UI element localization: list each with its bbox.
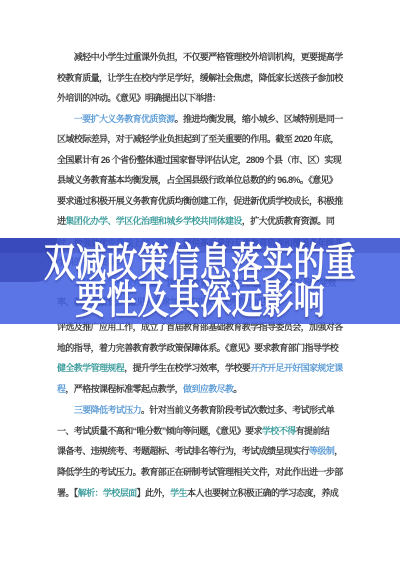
- text-segment: 减轻中小学生过重课外负担，不仅要严格管理校外培训机构，更要提高学: [57, 52, 343, 62]
- link-text[interactable]: 开齐开足开好国家规定课: [250, 363, 342, 373]
- text-line: 全国累计有 26 个省份整体通过国家督导评估认定，2809 个县（市、区）实现: [57, 155, 357, 166]
- text-segment: 课备考、违规统考、考题超标、考试排名等行为，考试成绩呈现实行: [57, 446, 309, 456]
- text-line: 三要降低考试压力。针对当前义务教育阶段考试次数过多、考试形式单: [57, 405, 357, 416]
- text-line: 程，严格按课程标准零起点教学，做到应教尽教。: [57, 384, 357, 395]
- text-segment: 地的指导，着力完善教育教学政策保障体系。《意见》要求教育部门指导学校: [57, 343, 338, 353]
- text-segment: ，: [334, 446, 342, 456]
- text-line: 降低学生的考试压力。教育部正在研制考试管理相关文件，对此作出进一步部: [57, 467, 357, 478]
- link-text[interactable]: 等级制: [309, 446, 334, 456]
- text-segment: 】此外，: [137, 488, 171, 498]
- text-line: 要求通过积极开展义务教育优质均衡创建工作，促进新优质学校成长，积极推: [57, 196, 357, 207]
- banner-title: 双减政策信息落实的重 要性及其深远影响: [44, 245, 356, 319]
- text-segment: 有提前结: [296, 426, 330, 436]
- text-segment: 全国累计有 26 个省份整体通过国家督导评估认定，2809 个县（市、区）实现: [57, 155, 341, 165]
- link-text[interactable]: 三要降低考试压力: [74, 405, 141, 415]
- text-line: 课备考、违规统考、考题超标、考试排名等行为，考试成绩呈现实行等级制，: [57, 446, 357, 457]
- text-line: 一、考试质量不高和“唯分数”倾向等问题，《意见》要求学校不得有提前结: [57, 426, 357, 437]
- text-segment: ，严格按课程标准零起点教学，: [65, 384, 183, 394]
- text-line: 区域校际差异，对于减轻学业负担起到了至关重要的作用。截至 2020 年底，: [57, 134, 357, 145]
- text-segment: 署。【: [57, 488, 78, 498]
- text-segment: 本人也要树立积极正确的学习态度，养成: [187, 488, 338, 498]
- text-line: 进集团化办学、学区化治理和城乡学校共同体建设，扩大优质教育资源。同: [57, 216, 357, 227]
- text-segment: ，提升学生在校学习效率，学校要: [124, 363, 250, 373]
- text-segment: 。推进均衡发展，缩小城乡、区域特别是同一: [175, 114, 343, 124]
- text-line: 一要扩大义务教育优质资源。推进均衡发展，缩小城乡、区域特别是同一: [57, 114, 357, 125]
- text-segment: [57, 405, 74, 415]
- text-segment: 区域校际差异，对于减轻学业负担起到了至关重要的作用。截至 2020 年底，: [57, 134, 339, 144]
- text-line: 县域义务教育基本均衡发展，占全国县级行政单位总数的约 96.8%。《意见》: [57, 175, 357, 186]
- text-segment: 外培训的冲动。《意见》明确提出以下举措：: [57, 93, 221, 103]
- link-text[interactable]: 健全教学管理规程: [57, 363, 124, 373]
- text-segment: ，扩大优质教育资源。同: [242, 216, 334, 226]
- banner-title-line2: 要性及其深远影响: [44, 282, 356, 319]
- text-segment: 。针对当前义务教育阶段考试次数过多、考试形式单: [141, 405, 334, 415]
- text-line: 地的指导，着力完善教育教学政策保障体系。《意见》要求教育部门指导学校: [57, 343, 357, 354]
- link-text[interactable]: 解析：学校层面: [78, 488, 137, 498]
- text-segment: 。: [233, 384, 241, 394]
- text-segment: 县域义务教育基本均衡发展，占全国县级行政单位总数的约 96.8%。《意见》: [57, 175, 337, 185]
- text-segment: 校教育质量，让学生在校内学足学好，缓解社会焦虑，降低家长送孩子参加校: [57, 73, 343, 83]
- text-segment: 要求通过积极开展义务教育优质均衡创建工作，促进新优质学校成长，积极推: [57, 196, 343, 206]
- text-segment: 一、考试质量不高和“唯分数”倾向等问题，《意见》要求: [57, 426, 262, 436]
- text-line: 校教育质量，让学生在校内学足学好，缓解社会焦虑，降低家长送孩子参加校: [57, 73, 357, 84]
- text-line: 减轻中小学生过重课外负担，不仅要严格管理校外培训机构，更要提高学: [57, 52, 357, 63]
- link-text[interactable]: 学校不得: [262, 426, 296, 436]
- text-line: 健全教学管理规程，提升学生在校学习效率，学校要开齐开足开好国家规定课: [57, 363, 357, 374]
- text-segment: 降低学生的考试压力。教育部正在研制考试管理相关文件，对此作出进一步部: [57, 467, 343, 477]
- banner-title-line1: 双减政策信息落实的重: [44, 245, 356, 282]
- link-text[interactable]: 集团化办学、学区化治理和城乡学校共同体建设: [65, 216, 241, 226]
- link-text[interactable]: 学生: [170, 488, 187, 498]
- document-page: 减轻中小学生过重课外负担，不仅要严格管理校外培训机构，更要提高学校教育质量，让学…: [0, 0, 400, 565]
- text-line: 署。【解析：学校层面】此外，学生本人也要树立积极正确的学习态度，养成: [57, 488, 357, 499]
- link-text[interactable]: 做到应教尽教: [183, 384, 233, 394]
- text-line: 外培训的冲动。《意见》明确提出以下举措：: [57, 93, 357, 104]
- banner-overlay: 双减政策信息落实的重 要性及其深远影响: [0, 238, 400, 324]
- text-segment: [57, 114, 74, 124]
- link-text[interactable]: 一要扩大义务教育优质资源: [74, 114, 175, 124]
